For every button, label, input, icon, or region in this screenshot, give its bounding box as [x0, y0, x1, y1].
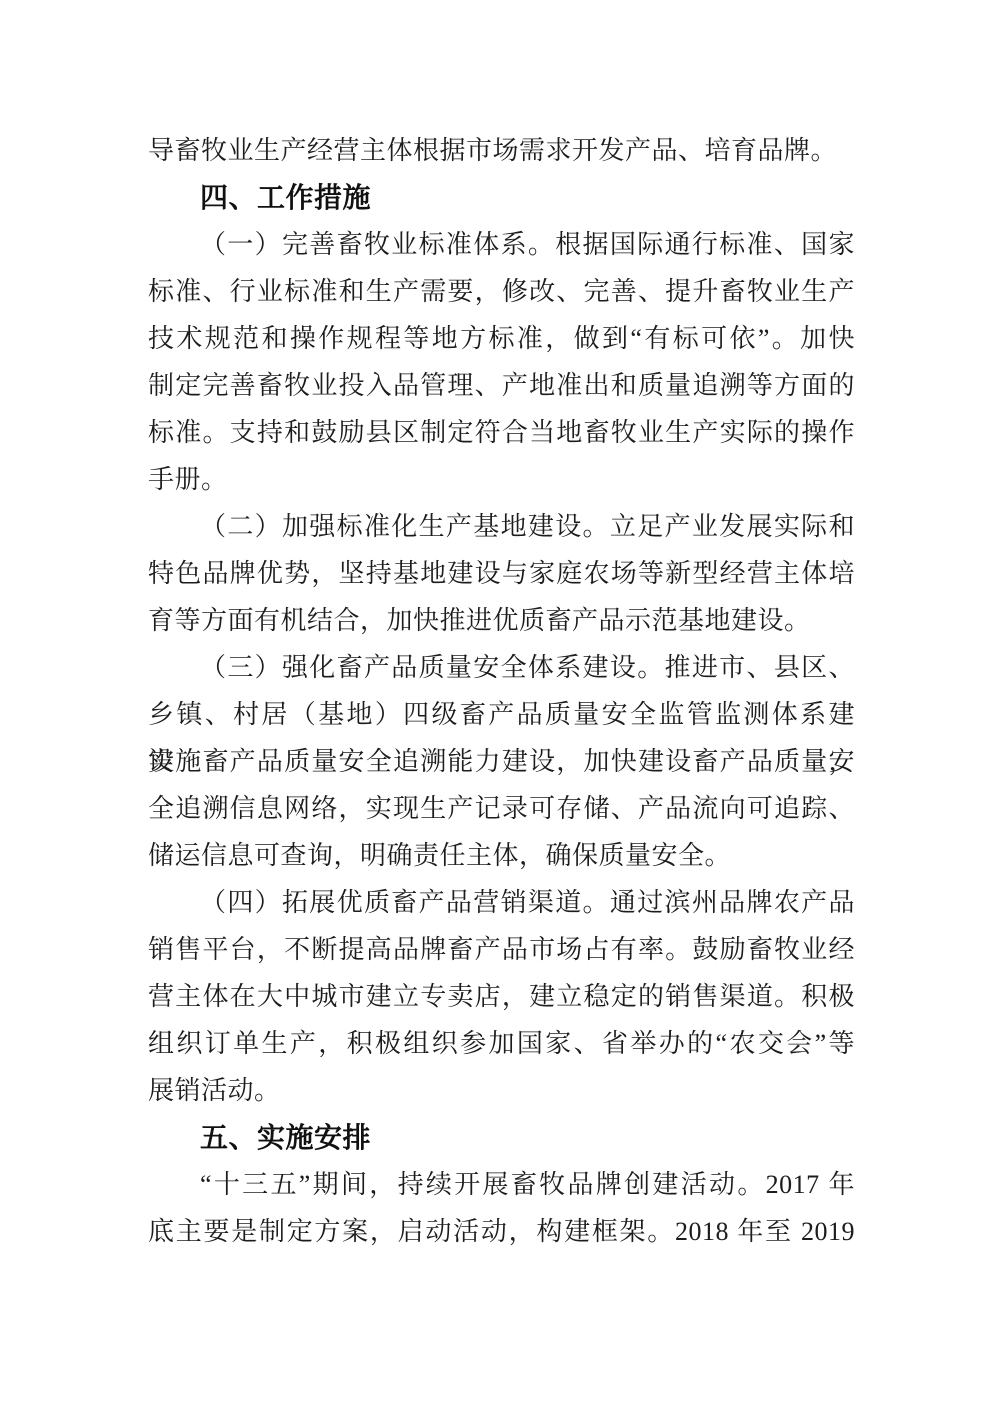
text-line: 手册。	[148, 456, 855, 503]
text-line: 标准。支持和鼓励县区制定符合当地畜牧业生产实际的操作	[148, 409, 855, 456]
section-heading-5: 五、实施安排	[148, 1114, 855, 1161]
text-line: 全追溯信息网络，实现生产记录可存储、产品流向可追踪、	[148, 785, 855, 832]
text-line: 乡镇、村居（基地）四级畜产品质量安全监管监测体系建设，	[148, 691, 855, 738]
text-line: 销售平台，不断提高品牌畜产品市场占有率。鼓励畜牧业经	[148, 926, 855, 973]
text-line: （一）完善畜牧业标准体系。根据国际通行标准、国家	[148, 221, 855, 268]
text-line: 展销活动。	[148, 1067, 855, 1114]
text-line: 实施畜产品质量安全追溯能力建设，加快建设畜产品质量安	[148, 738, 855, 785]
text-line: 组织订单生产，积极组织参加国家、省举办的“农交会”等	[148, 1020, 855, 1067]
text-line: 标准、行业标准和生产需要，修改、完善、提升畜牧业生产	[148, 268, 855, 315]
section-heading-4: 四、工作措施	[148, 174, 855, 221]
document-content: 导畜牧业生产经营主体根据市场需求开发产品、培育品牌。 四、工作措施 （一）完善畜…	[148, 127, 855, 1255]
text-line: 育等方面有机结合，加快推进优质畜产品示范基地建设。	[148, 597, 855, 644]
text-line: 特色品牌优势，坚持基地建设与家庭农场等新型经营主体培	[148, 550, 855, 597]
text-line: 制定完善畜牧业投入品管理、产地准出和质量追溯等方面的	[148, 362, 855, 409]
text-line: 储运信息可查询，明确责任主体，确保质量安全。	[148, 832, 855, 879]
text-line: 底主要是制定方案，启动活动，构建框架。2018 年至 2019	[148, 1208, 855, 1255]
text-line: （三）强化畜产品质量安全体系建设。推进市、县区、	[148, 644, 855, 691]
text-line: 导畜牧业生产经营主体根据市场需求开发产品、培育品牌。	[148, 127, 855, 174]
document-page: 导畜牧业生产经营主体根据市场需求开发产品、培育品牌。 四、工作措施 （一）完善畜…	[0, 0, 1000, 1414]
text-line: 营主体在大中城市建立专卖店，建立稳定的销售渠道。积极	[148, 973, 855, 1020]
text-line: （二）加强标准化生产基地建设。立足产业发展实际和	[148, 503, 855, 550]
text-line: “十三五”期间，持续开展畜牧品牌创建活动。2017 年	[148, 1161, 855, 1208]
text-line: （四）拓展优质畜产品营销渠道。通过滨州品牌农产品	[148, 879, 855, 926]
text-line: 技术规范和操作规程等地方标准，做到“有标可依”。加快	[148, 315, 855, 362]
